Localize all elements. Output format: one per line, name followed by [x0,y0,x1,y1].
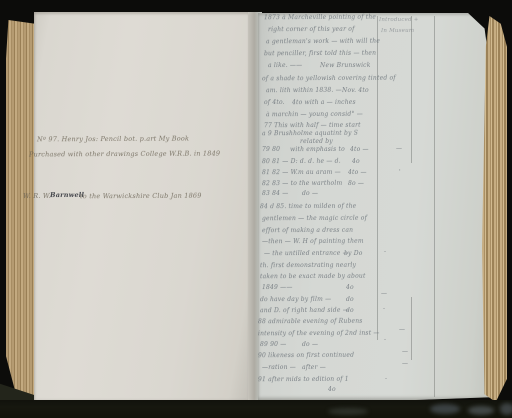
handwritten-line: 91 after mids to edition of 1 [258,377,349,383]
handwritten-line: to the Warwickshire Club Jan 1869 [80,193,202,200]
handwritten-line: 4to — [350,147,369,153]
handwritten-line: 83 84 — [262,191,289,197]
column-rule-line [411,16,412,163]
handwritten-line: gentlemen — the magic circle of [262,216,367,223]
right-leaf-edges [482,16,507,402]
handwritten-line: 1873 à Marcheville pointing of the [264,15,376,22]
handwritten-line: of 4to. [264,100,285,106]
ditto-mark: — [399,327,405,333]
handwritten-line: Nº 97. Henry Jos: Pencil bot. p.art My B… [37,136,189,143]
column-rule-line [377,16,378,340]
handwritten-line: 4o [328,387,336,393]
column-rule-line [411,297,412,360]
photo-blur-artifact [468,406,494,415]
handwritten-line: related by [300,139,333,145]
handwritten-line: taken to be exact made by about [260,274,366,281]
handwritten-line: 81 82 — W.m au aram — [262,170,341,176]
handwritten-line: 80 81 — D: d. d. he — d. [262,159,341,165]
handwritten-line: W. R. W. [23,193,51,200]
left-page [34,12,250,404]
handwritten-line: Nov. 4to [342,88,369,94]
handwritten-line: right corner of this year of [268,27,355,33]
handwritten-line: — the untilled entrance — [264,251,349,257]
photo-blur-artifact [430,404,460,414]
ditto-mark: - [383,306,385,312]
handwritten-line: and D. of right hand side — [260,308,349,314]
handwritten-line: do — [302,191,318,197]
handwritten-line: with emphasis to [290,147,345,153]
handwritten-line: 89 90 — [260,342,287,348]
handwritten-line: 4o [352,159,360,165]
pencil-annotation: Introduced + [379,18,419,24]
handwritten-line: do — [302,342,318,348]
ditto-mark: — [402,361,408,367]
handwritten-line: 4to — [348,170,367,176]
handwritten-line: 90 likeness on first continued [258,353,354,360]
ditto-mark: — [396,146,402,152]
handwritten-line: —then — W. H of painting them [262,239,364,246]
handwritten-line: do [346,297,354,303]
handwritten-line: 77 This with half — time start [264,123,361,130]
handwritten-line: 1849 —— [262,285,293,291]
handwritten-line: by Do [344,251,363,257]
manuscript-photo: Nº 97. Henry Jos: Pencil bot. p.art My B… [0,0,512,418]
handwritten-line: 84 d 85. time to milden of the [260,204,356,211]
handwritten-line: intensity of the evening of 2nd inst — [258,331,380,338]
handwritten-line: 4to with a — inches [292,100,356,106]
handwritten-line: do [346,308,354,314]
ditto-mark: - [384,249,386,255]
handwritten-line: 82 83 — to the wartholm [262,181,342,187]
ditto-mark: - [384,337,386,343]
handwritten-line: effort of making a dress can [262,228,353,234]
handwritten-line: am. lith within 1838. — [266,88,342,94]
handwritten-line: th. first demonstrating nearly [260,263,356,270]
ditto-mark: ' [399,170,401,176]
handwritten-line: of a shade to yellowish covering tinted … [262,76,396,83]
handwritten-line: à marchin — young consid° — [266,112,363,119]
left-leaf-edges [6,20,36,402]
handwritten-line: a gentleman's work — with will the [266,39,380,46]
handwritten-line: a like. —— [268,63,302,69]
column-rule-line [434,16,435,397]
handwritten-line: 79 80 [262,147,280,153]
pencil-annotation: In Museum [381,29,414,35]
handwritten-line: 88 admirable evening of Rubens [258,319,363,326]
handwritten-line: —ration — [262,365,296,371]
photo-blur-artifact [328,408,368,415]
photo-blur-artifact [500,403,512,415]
handwritten-line: do have day by film — [260,297,331,303]
ditto-mark: - [385,376,387,382]
handwritten-line: after — [302,365,326,371]
handwritten-line: New Brunswick [320,63,371,69]
ditto-mark: — [402,349,408,355]
ditto-mark: — [381,291,387,297]
handwritten-line: Purchased with other drawings College W.… [29,150,220,158]
handwritten-line: 4o [346,285,354,291]
handwritten-line: a 9 Brushholme aquatint by S [262,131,358,138]
handwritten-line: but penciller, first told this — then [264,51,376,58]
handwritten-line: 8o — [348,181,364,187]
